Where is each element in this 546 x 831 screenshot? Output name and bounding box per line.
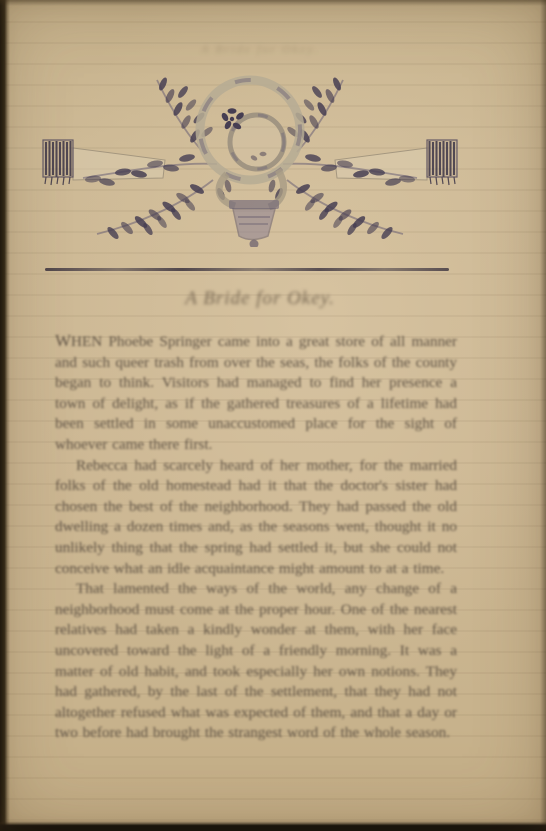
book-page: A Bride for Okey. bbox=[0, 0, 546, 831]
page-right-edge bbox=[540, 0, 546, 831]
story-text: WHEN Phoebe Springer came into a great s… bbox=[55, 331, 457, 744]
page-gutter-shadow bbox=[0, 0, 10, 831]
paragraph-2: Rebecca had scarcely heard of her mother… bbox=[55, 456, 457, 580]
page-bottom-edge bbox=[0, 821, 546, 831]
paragraph-1: WHEN Phoebe Springer came into a great s… bbox=[55, 331, 457, 456]
running-header: A Bride for Okey. bbox=[120, 42, 400, 57]
story-title: A Bride for Okey. bbox=[0, 288, 520, 310]
laurel-wreath-headpiece-engraving bbox=[35, 62, 465, 247]
section-divider-rule bbox=[45, 268, 449, 271]
wreath-medallion bbox=[200, 80, 300, 247]
paragraph-3: That lamented the ways of the world, any… bbox=[55, 579, 457, 744]
page-top-edge bbox=[0, 0, 546, 6]
